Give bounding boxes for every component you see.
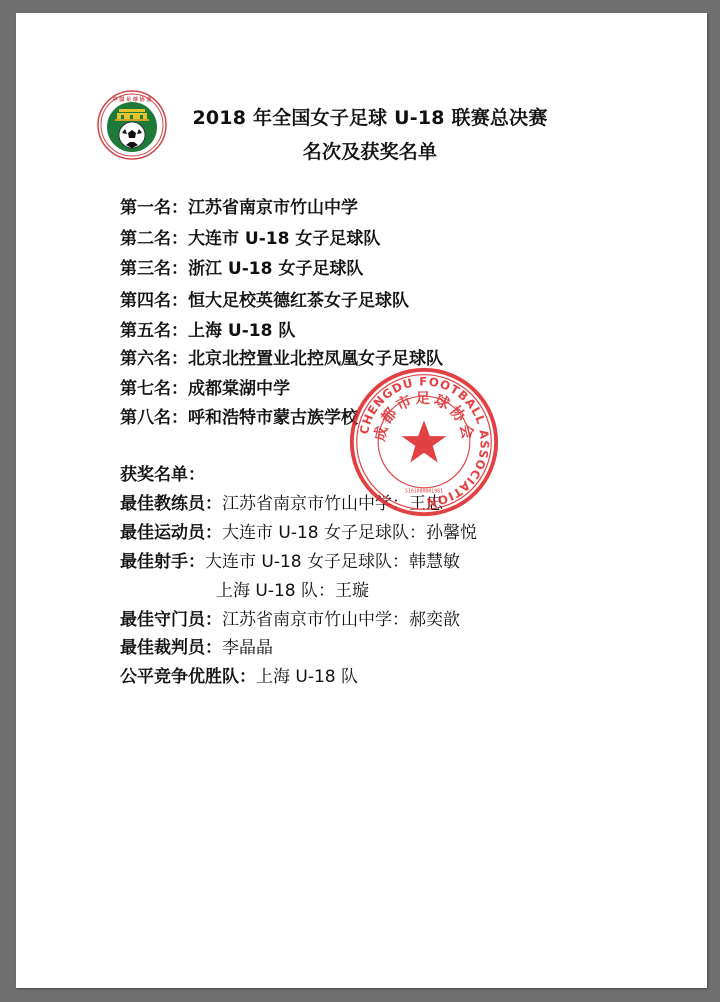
document-title: 2018 年全国女子足球 U-18 联赛总决赛 xyxy=(150,103,590,130)
awards-heading: 获奖名单： xyxy=(120,464,205,486)
award-row: 最佳运动员：大连市 U-18 女子足球队：孙馨悦 xyxy=(120,522,477,544)
ranking-label: 第三名： xyxy=(120,259,188,279)
award-row: 最佳裁判员：李晶晶 xyxy=(120,637,273,659)
award-row-continuation: 上海 U-18 队：王璇 xyxy=(216,580,369,602)
ranking-row: 第八名：呼和浩特市蒙古族学校 xyxy=(120,407,358,429)
document-subtitle: 名次及获奖名单 xyxy=(150,137,590,164)
award-label: 最佳运动员： xyxy=(120,523,222,543)
ranking-team: 恒大足校英德红茶女子足球队 xyxy=(188,291,409,311)
award-label: 最佳守门员： xyxy=(120,610,222,630)
ranking-row: 第四名：恒大足校英德红茶女子足球队 xyxy=(120,290,409,312)
award-value: 江苏省南京市竹山中学：郝奕歆 xyxy=(222,610,460,630)
ranking-team: 江苏省南京市竹山中学 xyxy=(188,198,358,218)
award-row: 最佳守门员：江苏省南京市竹山中学：郝奕歆 xyxy=(120,609,460,631)
ranking-label: 第五名： xyxy=(120,321,188,341)
ranking-label: 第四名： xyxy=(120,291,188,311)
award-row: 最佳射手：大连市 U-18 女子足球队：韩慧敏 xyxy=(120,551,460,573)
red-star-seal-icon: CHENGDU FOOTBALL ASSOCIATION 成都市足球协会 510… xyxy=(346,364,502,520)
ranking-label: 第二名： xyxy=(120,229,188,249)
award-label: 最佳教练员： xyxy=(120,494,222,514)
ranking-row: 第一名：江苏省南京市竹山中学 xyxy=(120,197,358,219)
ranking-label: 第八名： xyxy=(120,408,188,428)
award-value: 上海 U-18 队：王璇 xyxy=(216,581,369,601)
award-value: 大连市 U-18 女子足球队：韩慧敏 xyxy=(205,552,460,572)
award-value: 大连市 U-18 女子足球队：孙馨悦 xyxy=(222,523,477,543)
award-value: 上海 U-18 队 xyxy=(256,667,358,687)
ranking-team: 浙江 U-18 女子足球队 xyxy=(188,259,363,279)
award-value: 李晶晶 xyxy=(222,638,273,658)
ranking-row: 第三名：浙江 U-18 女子足球队 xyxy=(120,258,363,280)
svg-text:5101080001981: 5101080001981 xyxy=(405,489,443,495)
ranking-label: 第七名： xyxy=(120,379,188,399)
award-label: 公平竞争优胜队： xyxy=(120,667,256,687)
ranking-label: 第一名： xyxy=(120,198,188,218)
award-row: 公平竞争优胜队：上海 U-18 队 xyxy=(120,666,358,688)
ranking-label: 第六名： xyxy=(120,349,188,369)
svg-text:中 国 足 球 协 会: 中 国 足 球 协 会 xyxy=(113,96,152,103)
ranking-row: 第二名：大连市 U-18 女子足球队 xyxy=(120,228,380,250)
ranking-row: 第七名：成都棠湖中学 xyxy=(120,378,290,400)
ranking-team: 大连市 U-18 女子足球队 xyxy=(188,229,380,249)
award-label: 最佳裁判员： xyxy=(120,638,222,658)
ranking-team: 上海 U-18 队 xyxy=(188,321,295,341)
award-label: 最佳射手： xyxy=(120,552,205,572)
ranking-team: 成都棠湖中学 xyxy=(188,379,290,399)
ranking-row: 第五名：上海 U-18 队 xyxy=(120,320,295,342)
ranking-team: 呼和浩特市蒙古族学校 xyxy=(188,408,358,428)
